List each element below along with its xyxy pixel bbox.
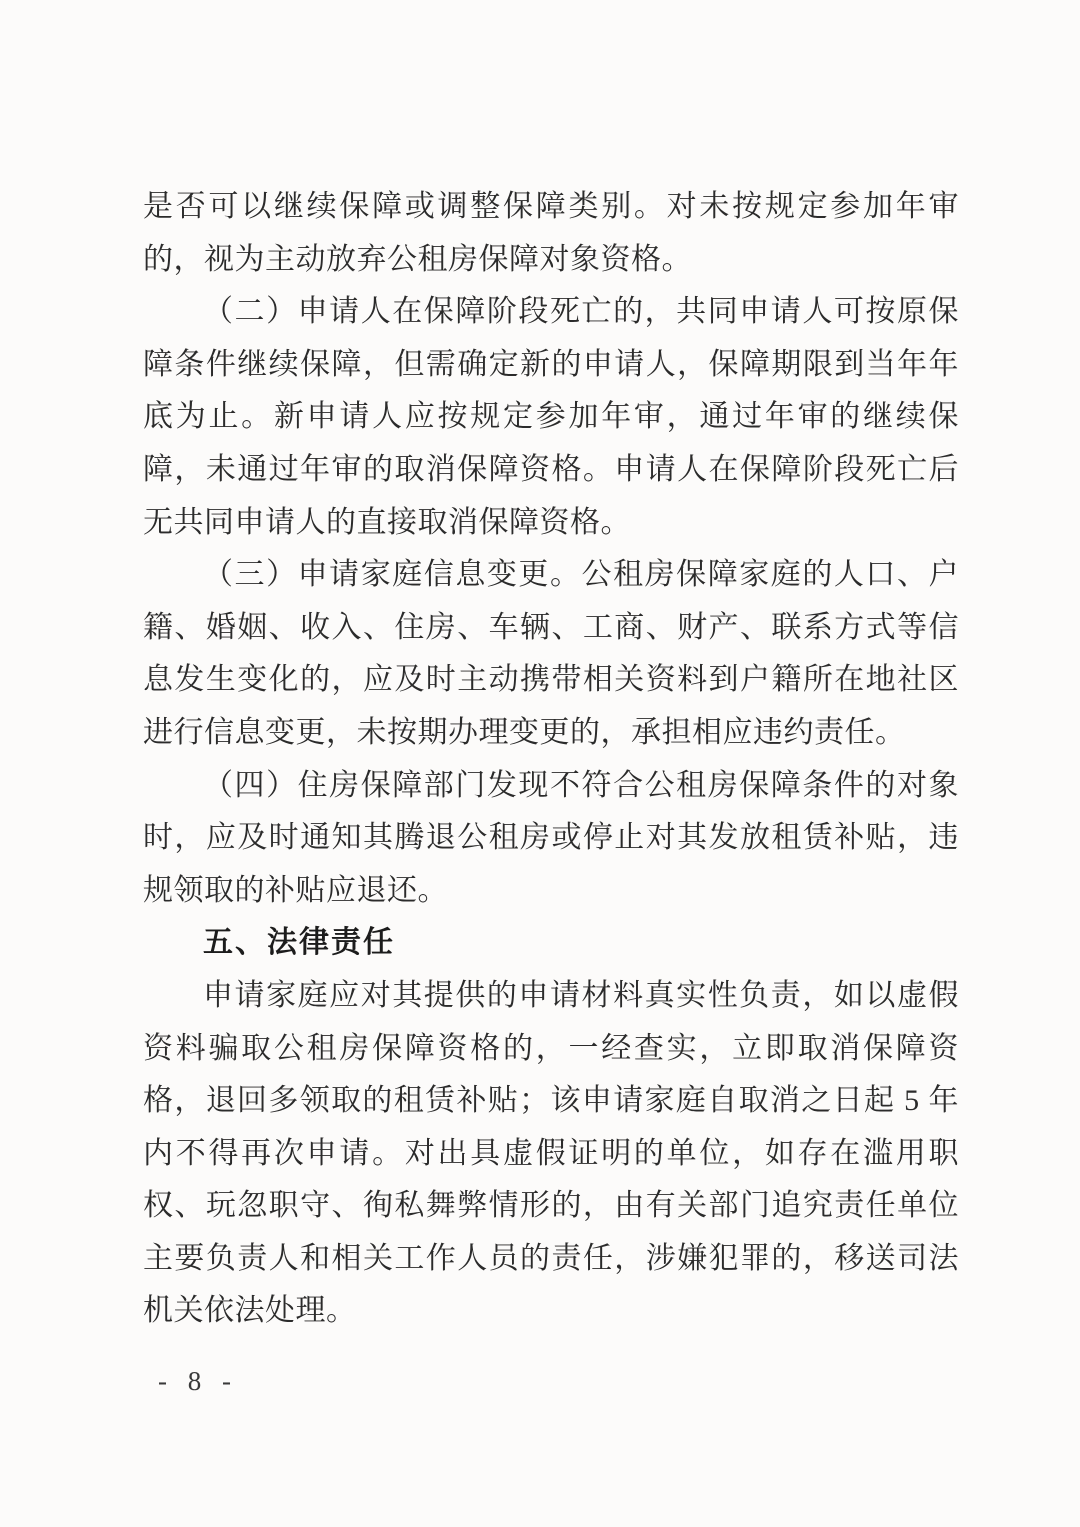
section-heading-legal-liability: 五、法律责任 [143, 917, 959, 970]
paragraph-item-2: （二）申请人在保障阶段死亡的，共同申请人可按原保障条件继续保障，但需确定新的申请… [143, 286, 959, 549]
paragraph-legal-liability: 申请家庭应对其提供的申请材料真实性负责，如以虚假资料骗取公租房保障资格的，一经查… [143, 970, 959, 1338]
paragraph-item-3: （三）申请家庭信息变更。公租房保障家庭的人口、户籍、婚姻、收入、住房、车辆、工商… [143, 549, 959, 759]
paragraph-item-4: （四）住房保障部门发现不符合公租房保障条件的对象时，应及时通知其腾退公租房或停止… [143, 760, 959, 918]
document-page: 是否可以继续保障或调整保障类别。对未按规定参加年审的，视为主动放弃公租房保障对象… [0, 0, 1080, 1527]
page-number: - 8 - [158, 1366, 238, 1397]
paragraph-continuation: 是否可以继续保障或调整保障类别。对未按规定参加年审的，视为主动放弃公租房保障对象… [143, 181, 959, 286]
page-content: 是否可以继续保障或调整保障类别。对未按规定参加年审的，视为主动放弃公租房保障对象… [143, 181, 959, 1338]
